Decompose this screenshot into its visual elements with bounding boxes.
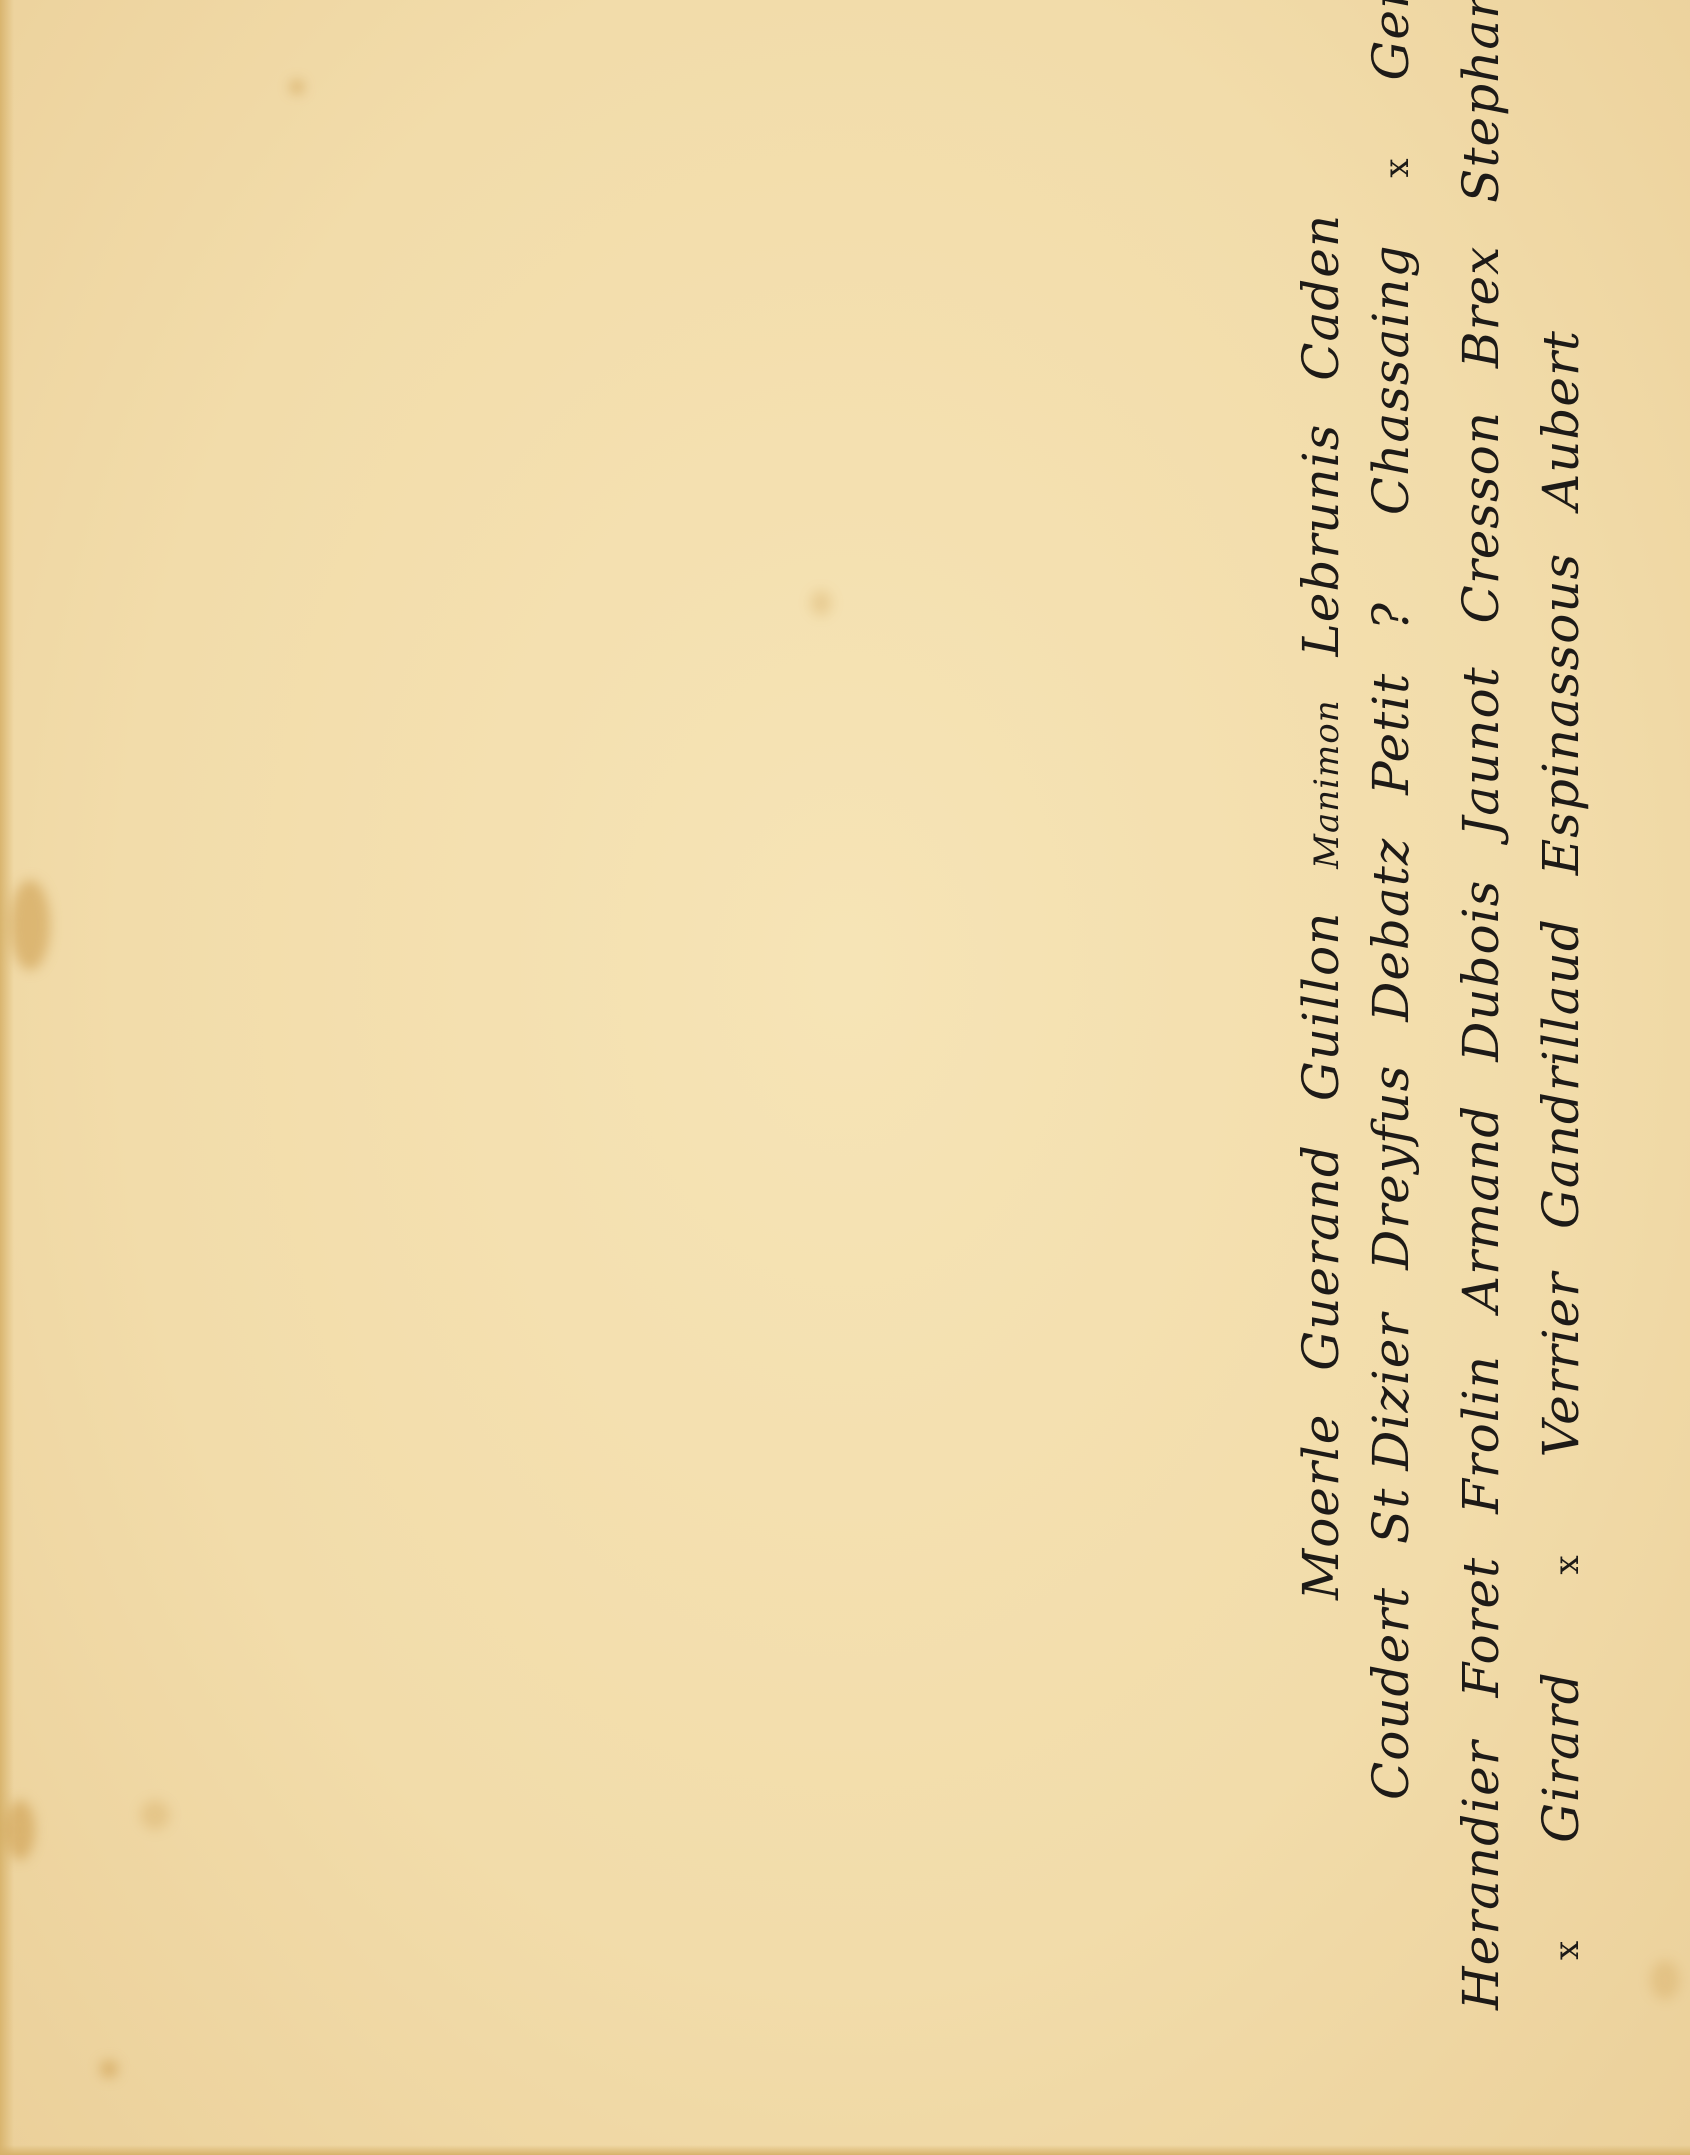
- name: Guillon: [1292, 912, 1350, 1101]
- name: Chassaing: [1362, 245, 1420, 516]
- stain: [100, 2060, 118, 2078]
- name: Herandier: [1452, 1740, 1510, 2010]
- name: Frolin: [1452, 1355, 1510, 1514]
- name: Gendre: [1362, 0, 1420, 81]
- stain: [810, 590, 832, 616]
- name: Dubois: [1452, 880, 1510, 1062]
- name: Moerle: [1292, 1414, 1350, 1600]
- name: Coudert: [1362, 1587, 1420, 1800]
- name-line-1: Moerle Guerand Guillon Manimon Lebrunis …: [1292, 188, 1350, 1600]
- name: Dreyfus: [1362, 1065, 1420, 1270]
- name: Petit: [1362, 673, 1420, 795]
- stain: [10, 880, 50, 970]
- name: Foret: [1452, 1557, 1510, 1698]
- name: Brex: [1452, 246, 1510, 368]
- stain: [5, 1800, 35, 1860]
- name: Guerand: [1292, 1144, 1350, 1371]
- cross-mark: x: [1547, 1554, 1587, 1574]
- name: Verrier: [1532, 1272, 1590, 1457]
- name: Armand: [1452, 1105, 1510, 1312]
- name: Stephant: [1452, 0, 1510, 203]
- name: Girard: [1532, 1671, 1590, 1843]
- stain: [290, 80, 304, 94]
- name: St Dizier: [1362, 1313, 1420, 1544]
- name: Espinassous: [1532, 553, 1590, 875]
- name: Manimon: [1307, 699, 1347, 868]
- question-mark: ?: [1362, 602, 1420, 630]
- paper-bottom-edge: [0, 2145, 1690, 2155]
- stain: [1650, 1960, 1680, 2000]
- name: Debatz: [1362, 838, 1420, 1022]
- cross-mark: x: [1547, 1940, 1587, 1960]
- name: Gandrillaud: [1532, 918, 1590, 1229]
- name: Cresson: [1452, 411, 1510, 623]
- name: Aubert: [1532, 330, 1590, 510]
- paper-card: [0, 0, 1690, 2155]
- name-line-4: x Girard x Verrier Gandrillaud Espinasso…: [1532, 304, 1590, 1960]
- stain: [140, 1800, 170, 1830]
- name: Jaunot: [1452, 666, 1510, 836]
- name: Caden: [1292, 214, 1350, 381]
- name-line-2: Coudert St Dizier Dreyfus Debatz Petit ?…: [1362, 0, 1420, 1800]
- name-line-3: Herandier Foret Frolin Armand Dubois Jau…: [1452, 0, 1510, 2010]
- cross-mark: x: [1377, 157, 1417, 177]
- name: Lebrunis: [1292, 424, 1350, 657]
